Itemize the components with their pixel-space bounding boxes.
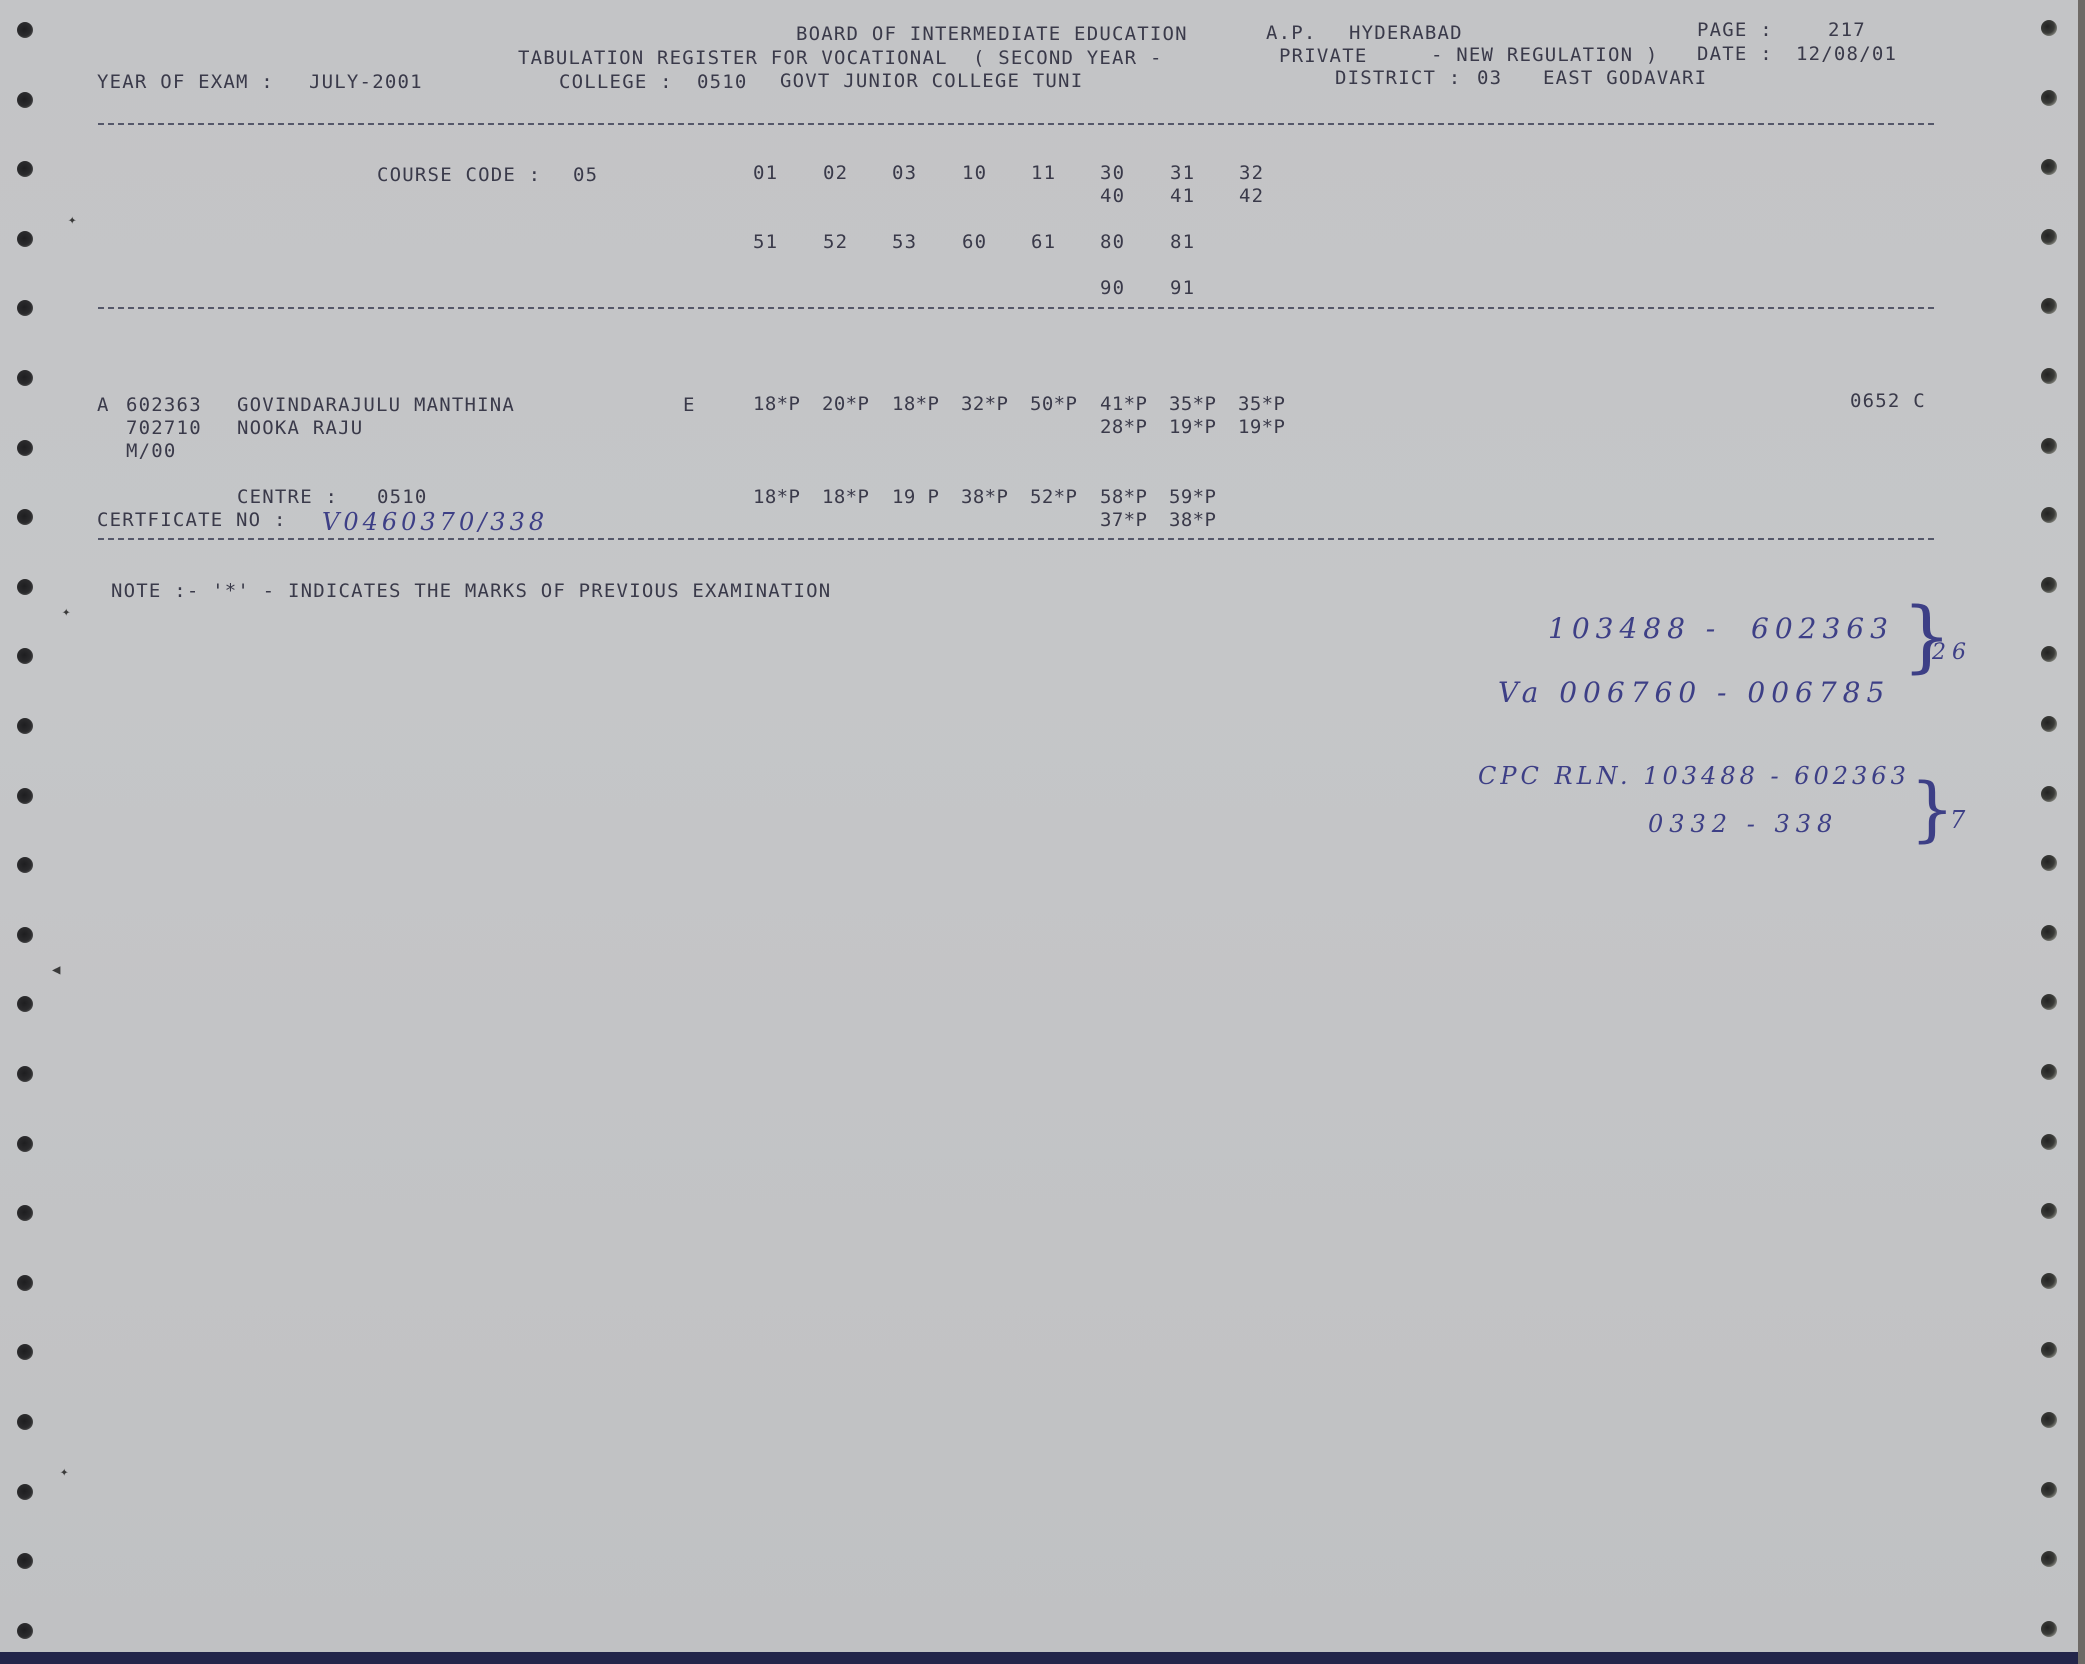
subject-mark: 59*P — [1169, 486, 1216, 508]
sprocket-hole-left — [17, 1136, 33, 1152]
certificate-number-handwritten: V0460370/338 — [322, 508, 548, 536]
footnote: NOTE :- '*' - INDICATES THE MARKS OF PRE… — [111, 580, 831, 602]
board-title: BOARD OF INTERMEDIATE EDUCATION — [796, 23, 1188, 45]
subject-code: 41 — [1170, 185, 1195, 207]
sprocket-hole-left — [17, 579, 33, 595]
subject-code: 10 — [962, 162, 987, 184]
sprocket-hole-left — [17, 718, 33, 734]
sprocket-hole-left — [17, 1066, 33, 1082]
sprocket-hole-left — [17, 1275, 33, 1291]
candidate-prefix: A — [97, 394, 110, 416]
sprocket-hole-right — [2041, 1412, 2057, 1428]
sex-status: M/00 — [126, 440, 177, 462]
sprocket-hole-right — [2041, 90, 2057, 106]
subject-code: 80 — [1100, 231, 1125, 253]
subject-mark: 35*P — [1169, 393, 1216, 415]
subject-code: 51 — [753, 231, 778, 253]
candidate-name: GOVINDARAJULU MANTHINA — [237, 394, 515, 416]
subject-mark: 50*P — [1030, 393, 1077, 415]
subject-code: 01 — [753, 162, 778, 184]
annotation-count-1: 26 — [1932, 640, 1972, 665]
state-label: A.P. — [1266, 22, 1317, 44]
subject-mark: 19 P — [892, 486, 939, 508]
subject-code: 52 — [823, 231, 848, 253]
subject-mark: 18*P — [822, 486, 869, 508]
subject-code: 02 — [823, 162, 848, 184]
subject-mark: 41*P — [1100, 393, 1147, 415]
regulation-label: - NEW REGULATION ) — [1431, 44, 1659, 66]
subject-mark: 58*P — [1100, 486, 1147, 508]
date-label: DATE : — [1697, 43, 1773, 65]
registration-number: 702710 — [126, 417, 202, 439]
year-of-exam-value: JULY-2001 — [309, 71, 423, 93]
stray-mark: ✦ — [68, 212, 76, 228]
subject-mark: 37*P — [1100, 509, 1147, 531]
subject-mark: 18*P — [892, 393, 939, 415]
subject-mark: 18*P — [753, 486, 800, 508]
subject-code: 90 — [1100, 277, 1125, 299]
annotation-certificate-range: Va 006760 - 006785 — [1498, 676, 1890, 709]
sprocket-hole-left — [17, 1623, 33, 1639]
subject-code: 31 — [1170, 162, 1195, 184]
sprocket-hole-right — [2041, 786, 2057, 802]
sprocket-hole-left — [17, 231, 33, 247]
subject-mark: 19*P — [1169, 416, 1216, 438]
total-result: 0652 C — [1850, 390, 1926, 412]
sprocket-hole-right — [2041, 20, 2057, 36]
divider-bottom — [98, 538, 1934, 540]
sprocket-hole-left — [17, 440, 33, 456]
subject-mark: 38*P — [961, 486, 1008, 508]
stray-mark: ◀ — [52, 962, 60, 978]
subject-code: 91 — [1170, 277, 1195, 299]
divider-top — [98, 123, 1934, 125]
table-surface — [0, 1652, 2085, 1664]
subject-mark: 52*P — [1030, 486, 1077, 508]
subject-mark: 28*P — [1100, 416, 1147, 438]
subject-code: 03 — [892, 162, 917, 184]
annotation-cpc-range: CPC RLN. 103488 - 602363 — [1478, 762, 1910, 790]
subject-mark: 20*P — [822, 393, 869, 415]
annotation-brace-2: } — [1910, 770, 1955, 848]
annotation-roll-range: 103488 - 602363 — [1548, 612, 1894, 645]
sprocket-hole-right — [2041, 1064, 2057, 1080]
date-value: 12/08/01 — [1796, 43, 1897, 65]
sprocket-hole-right — [2041, 1273, 2057, 1289]
page-edge — [2078, 0, 2085, 1664]
annotation-count-2: 7 — [1950, 806, 1971, 834]
subject-code: 40 — [1100, 185, 1125, 207]
subject-code: 32 — [1239, 162, 1264, 184]
district-label: DISTRICT : — [1335, 67, 1461, 89]
subject-code: 30 — [1100, 162, 1125, 184]
subject-code: 61 — [1031, 231, 1056, 253]
sprocket-hole-right — [2041, 925, 2057, 941]
subject-code: 42 — [1239, 185, 1264, 207]
sprocket-hole-left — [17, 92, 33, 108]
stray-mark: ✦ — [62, 604, 70, 620]
subject-mark: 32*P — [961, 393, 1008, 415]
course-code-value: 05 — [573, 164, 598, 186]
city-label: HYDERABAD — [1349, 22, 1463, 44]
sprocket-hole-right — [2041, 368, 2057, 384]
subject-mark: 18*P — [753, 393, 800, 415]
subject-code: 11 — [1031, 162, 1056, 184]
page-label: PAGE : — [1697, 19, 1773, 41]
subject-mark: 19*P — [1238, 416, 1285, 438]
subject-mark: 35*P — [1238, 393, 1285, 415]
annotation-serial-range: 0332 - 338 — [1648, 810, 1838, 838]
sprocket-hole-left — [17, 788, 33, 804]
sprocket-hole-right — [2041, 229, 2057, 245]
year-of-exam-label: YEAR OF EXAM : — [97, 71, 274, 93]
centre-label: CENTRE : — [237, 486, 338, 508]
sprocket-hole-right — [2041, 716, 2057, 732]
district-name: EAST GODAVARI — [1543, 67, 1707, 89]
district-code: 03 — [1477, 67, 1502, 89]
stray-mark: ✦ — [60, 1464, 68, 1480]
page-number: 217 — [1828, 19, 1866, 41]
subject-mark: 38*P — [1169, 509, 1216, 531]
sprocket-hole-left — [17, 370, 33, 386]
college-name: GOVT JUNIOR COLLEGE TUNI — [780, 70, 1083, 92]
sprocket-hole-left — [17, 22, 33, 38]
subject-code: 81 — [1170, 231, 1195, 253]
father-name: NOOKA RAJU — [237, 417, 363, 439]
sprocket-hole-right — [2041, 438, 2057, 454]
sprocket-hole-right — [2041, 1134, 2057, 1150]
subject-code: 53 — [892, 231, 917, 253]
college-code: 0510 — [697, 71, 748, 93]
course-code-label: COURSE CODE : — [377, 164, 541, 186]
sprocket-hole-right — [2041, 1482, 2057, 1498]
sprocket-hole-right — [2041, 577, 2057, 593]
certificate-label: CERTFICATE NO : — [97, 509, 287, 531]
sprocket-hole-left — [17, 1414, 33, 1430]
college-label: COLLEGE : — [559, 71, 673, 93]
sprocket-hole-left — [17, 1484, 33, 1500]
divider-middle — [98, 307, 1934, 309]
centre-code: 0510 — [377, 486, 428, 508]
sprocket-hole-right — [2041, 1621, 2057, 1637]
subject-code: 60 — [962, 231, 987, 253]
sprocket-hole-left — [17, 927, 33, 943]
medium-code: E — [683, 394, 696, 416]
roll-number: 602363 — [126, 394, 202, 416]
category-label: PRIVATE — [1279, 45, 1367, 67]
register-title: TABULATION REGISTER FOR VOCATIONAL ( SEC… — [518, 47, 1163, 69]
